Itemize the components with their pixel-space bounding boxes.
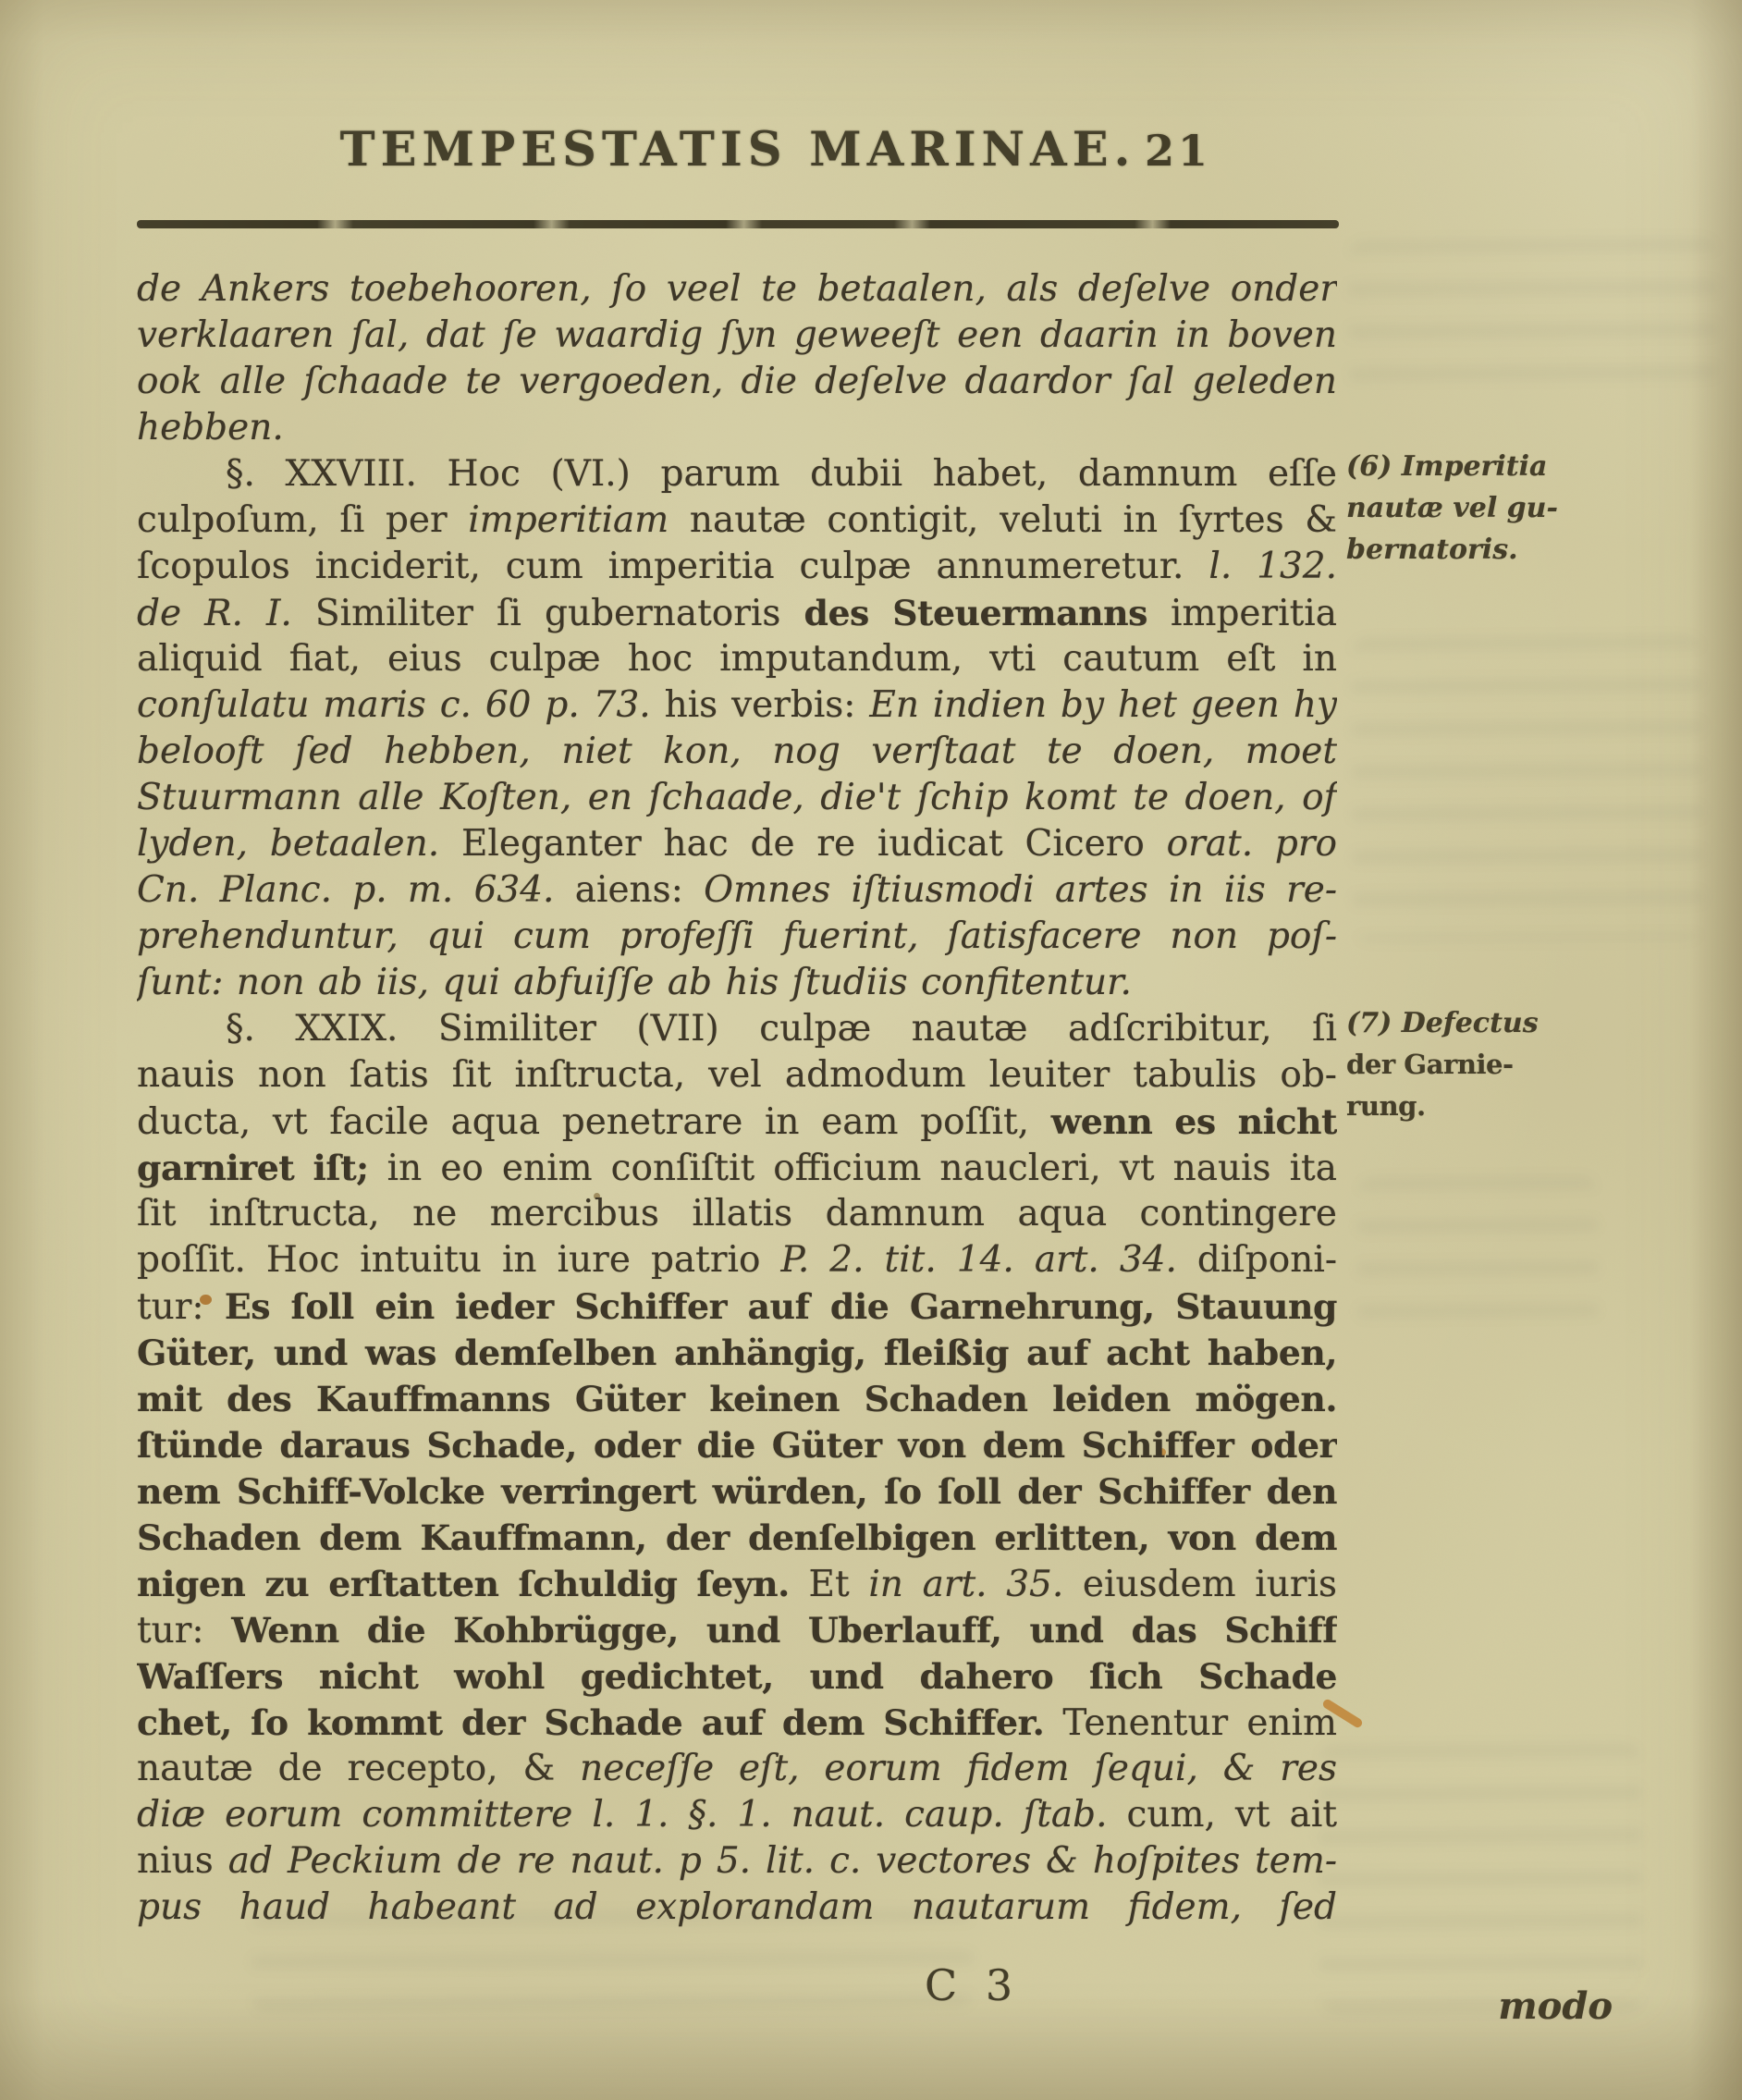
text-line: garniret iſt; in eo enim conſiſtit offic… xyxy=(137,1145,1337,1191)
header-rule xyxy=(137,220,1339,228)
text-line: Waſſers nicht wohl gedichtet, und dahero… xyxy=(137,1653,1337,1700)
text-segment: hebben. xyxy=(137,407,284,448)
text-line: nius ad Peckium de re naut. p 5. lit. c.… xyxy=(137,1838,1337,1885)
text-segment: nautæ vel gu- xyxy=(1346,492,1558,524)
text-segment: culpoſum, ſi per xyxy=(137,499,468,541)
text-segment: nautæ contigit, veluti in ſyrtes & xyxy=(669,499,1337,541)
margin-note-line: (6) Imperitia xyxy=(1346,446,1624,487)
text-segment: aliquid fiat, eius culpæ hoc imputandum,… xyxy=(137,638,1337,680)
text-segment: Schaden dem Kauffmann, der denſelbigen e… xyxy=(137,1517,1337,1561)
text-line: Schaden dem Kauffmann, der denſelbigen e… xyxy=(137,1515,1337,1561)
text-line: de Ankers toebehooren, ſo veel te betaal… xyxy=(137,266,1337,313)
margin-note-line: der Garnie- xyxy=(1346,1044,1624,1086)
text-segment: Es ſoll ein ieder Schiffer auf die Garne… xyxy=(137,1285,1337,1330)
text-segment: in eo enim conſiſtit officium naucleri, … xyxy=(369,1148,1337,1189)
margin-note-line: nautæ vel gu- xyxy=(1346,487,1624,529)
text-segment: de R. I. xyxy=(137,593,292,634)
text-line: poſſit. Hoc intuitu in iure patrio P. 2.… xyxy=(137,1237,1337,1283)
signature-mark: C 3 xyxy=(925,1960,1012,2010)
text-segment: §. XXIX. Similiter (VII) culpæ nautæ adſ… xyxy=(226,1008,1337,1050)
text-line: diæ eorum committere l. 1. §. 1. naut. c… xyxy=(137,1792,1337,1838)
text-segment: Et xyxy=(790,1564,868,1605)
text-line: tur: Es ſoll ein ieder Schiffer auf die … xyxy=(137,1283,1337,1330)
text-segment: diſponi- xyxy=(1177,1239,1337,1281)
text-line: §. XXIX. Similiter (VII) culpæ nautæ adſ… xyxy=(137,1006,1337,1052)
text-line: §. XXVIII. Hoc (VI.) parum dubii habet, … xyxy=(137,451,1337,497)
text-line: ook alle ſchaade te vergoeden, die deſel… xyxy=(137,359,1337,405)
text-segment: chet, ſo kommt der Schade auf dem Schiff… xyxy=(137,1701,1044,1743)
ink-bleedthrough-ghost xyxy=(1347,238,1718,388)
text-block: de Ankers toebehooren, ſo veel te betaal… xyxy=(137,266,1337,1931)
text-segment: pus haud habeant ad explorandam nautarum… xyxy=(137,1886,1337,1931)
text-segment: nautæ de recepto, & xyxy=(137,1748,580,1789)
text-segment: (7) Defectus xyxy=(1346,1007,1539,1039)
text-segment: nigen zu erſtatten ſchuldig ſeyn. xyxy=(137,1563,790,1604)
text-line: prehenduntur, qui cum profeſſi fuerint, … xyxy=(137,914,1337,960)
text-segment: tur: xyxy=(137,1610,231,1652)
text-segment: der Garnie- xyxy=(1346,1049,1514,1080)
text-segment: Waſſers nicht wohl gedichtet, und dahero… xyxy=(137,1655,1337,1700)
text-segment: En indien by het geen hy xyxy=(869,684,1337,726)
text-segment: ook alle ſchaade te vergoeden, die deſel… xyxy=(137,361,1337,402)
text-segment: Stuurmann alle Koſten, en ſchaade, die't… xyxy=(137,777,1337,821)
text-segment: aiens: xyxy=(554,869,704,911)
text-segment: diæ eorum committere l. 1. §. 1. naut. c… xyxy=(137,1794,1108,1836)
text-line: nigen zu erſtatten ſchuldig ſeyn. Et in … xyxy=(137,1561,1337,1607)
text-segment: P. 2. tit. 14. art. 34. xyxy=(780,1239,1176,1281)
text-line: aliquid fiat, eius culpæ hoc imputandum,… xyxy=(137,636,1337,682)
text-segment: des Steuermanns xyxy=(804,592,1147,633)
margin-note: (6) Imperitianautæ vel gu-bernatoris. xyxy=(1346,446,1624,571)
text-line: verklaaren ſal, dat ſe waardig ſyn gewee… xyxy=(137,313,1337,359)
text-segment: §. XXVIII. Hoc (VI.) parum dubii habet, … xyxy=(226,453,1337,495)
text-segment: Similiter ſi gubernatoris xyxy=(292,593,804,634)
text-segment: Güter, und was demſelben anhängig, fleiß… xyxy=(137,1332,1337,1376)
text-segment: tur: xyxy=(137,1286,225,1328)
text-segment: de Ankers toebehooren, ſo veel te betaal… xyxy=(137,268,1337,313)
text-line: culpoſum, ſi per imperitiam nautæ contig… xyxy=(137,497,1337,544)
text-segment: orat. pro xyxy=(1167,823,1337,865)
text-segment: imperitiam xyxy=(468,499,669,541)
text-segment: Omnes iſtiusmodi artes in iis re- xyxy=(704,869,1337,911)
text-segment: nauis non ſatis ſit inſtructa, vel admod… xyxy=(137,1054,1337,1096)
text-segment: verklaaren ſal, dat ſe waardig ſyn gewee… xyxy=(137,314,1337,356)
text-line: ſtünde daraus Schade, oder die Güter von… xyxy=(137,1422,1337,1468)
text-segment: Wenn die Kohbrügge, und Uberlauff, und d… xyxy=(137,1609,1337,1653)
text-segment: poſſit. Hoc intuitu in iure patrio xyxy=(137,1239,780,1281)
text-segment: garniret iſt; xyxy=(137,1147,369,1188)
text-segment: lyden, betaalen. xyxy=(137,823,439,865)
text-line: Cn. Planc. p. m. 634. aiens: Omnes iſtiu… xyxy=(137,867,1337,914)
text-line: mit des Kauffmanns Güter keinen Schaden … xyxy=(137,1376,1337,1422)
text-line: belooft ſed hebben, niet kon, nog verſta… xyxy=(137,729,1337,775)
text-line: lyden, betaalen. Eleganter hac de re iud… xyxy=(137,821,1337,867)
text-segment: ſtünde daraus Schade, oder die Güter von… xyxy=(137,1424,1337,1468)
text-segment: in art. 35. xyxy=(868,1564,1063,1605)
text-segment: Eleganter hac de re iudicat Cicero xyxy=(439,823,1167,865)
text-line: tur: Wenn die Kohbrügge, und Uberlauff, … xyxy=(137,1607,1337,1653)
text-line: chet, ſo kommt der Schade auf dem Schiff… xyxy=(137,1700,1337,1746)
text-segment: ſit inſtructa, ne mercibus illatis damnu… xyxy=(137,1193,1337,1234)
margin-note-line: rung. xyxy=(1346,1086,1624,1127)
text-segment: l. 132. xyxy=(1208,546,1337,587)
text-segment: bernatoris. xyxy=(1346,534,1518,566)
text-line: ſit inſtructa, ne mercibus illatis damnu… xyxy=(137,1191,1337,1237)
paragraph: de Ankers toebehooren, ſo veel te betaal… xyxy=(137,266,1337,451)
catchword: modo xyxy=(1498,1984,1613,2028)
margin-note-line: (7) Defectus xyxy=(1346,1002,1624,1044)
margin-notes: (6) Imperitianautæ vel gu-bernatoris.(7)… xyxy=(1346,0,1633,2100)
text-line: nem Schiff-Volcke verringert würden, ſo … xyxy=(137,1468,1337,1515)
text-segment: ad Peckium de re naut. p 5. lit. c. vect… xyxy=(228,1840,1337,1882)
text-line: ſunt: non ab iis, qui abfuiſſe ab his ſt… xyxy=(137,960,1337,1006)
text-segment: his verbis: xyxy=(651,684,870,726)
page-number: 21 xyxy=(1145,126,1211,176)
paragraph: §. XXIX. Similiter (VII) culpæ nautæ adſ… xyxy=(137,1006,1337,1931)
ink-bleedthrough-ghost xyxy=(1356,1175,1598,1334)
text-segment: imperitia xyxy=(1147,593,1337,634)
text-segment: mit des Kauffmanns Güter keinen Schaden … xyxy=(137,1378,1337,1422)
text-segment: ſcopulos inciderit, cum imperitia culpæ … xyxy=(137,546,1208,587)
text-segment: (6) Imperitia xyxy=(1346,450,1547,483)
book-page: TEMPESTATIS MARINAE. 21 de Ankers toebeh… xyxy=(0,0,1742,2100)
text-segment: ſunt: non ab iis, qui abfuiſſe ab his ſt… xyxy=(137,962,1132,1003)
text-segment: Tenentur enim xyxy=(1044,1702,1337,1744)
text-segment: belooft ſed hebben, niet kon, nog verſta… xyxy=(137,731,1337,775)
text-segment: nem Schiff-Volcke verringert würden, ſo … xyxy=(137,1470,1337,1512)
margin-note-line: bernatoris. xyxy=(1346,529,1624,571)
text-segment: prehenduntur, qui cum profeſſi fuerint, … xyxy=(137,915,1337,957)
text-line: Güter, und was demſelben anhängig, fleiß… xyxy=(137,1330,1337,1376)
text-segment: ducta, vt facile aqua penetrare in eam p… xyxy=(137,1101,1051,1143)
text-line: de R. I. Similiter ſi gubernatoris des S… xyxy=(137,590,1337,636)
text-line: pus haud habeant ad explorandam nautarum… xyxy=(137,1885,1337,1931)
ink-bleedthrough-ghost xyxy=(1318,1743,1643,2013)
text-segment: nius xyxy=(137,1840,228,1882)
text-line: nauis non ſatis ſit inſtructa, vel admod… xyxy=(137,1052,1337,1099)
text-segment: Cn. Planc. p. m. 634. xyxy=(137,869,554,911)
ink-bleedthrough-ghost xyxy=(1351,635,1704,943)
paragraph: §. XXVIII. Hoc (VI.) parum dubii habet, … xyxy=(137,451,1337,1006)
text-line: hebben. xyxy=(137,405,1337,451)
text-segment: rung. xyxy=(1346,1090,1426,1122)
margin-note: (7) Defectusder Garnie-rung. xyxy=(1346,1002,1624,1127)
text-line: ducta, vt facile aqua penetrare in eam p… xyxy=(137,1099,1337,1145)
text-line: ſcopulos inciderit, cum imperitia culpæ … xyxy=(137,544,1337,590)
text-line: nautæ de recepto, & neceſſe eſt, eorum f… xyxy=(137,1746,1337,1792)
text-line: Stuurmann alle Koſten, en ſchaade, die't… xyxy=(137,775,1337,821)
text-segment: conſulatu maris c. 60 p. 73. xyxy=(137,684,651,726)
text-line: conſulatu maris c. 60 p. 73. his verbis:… xyxy=(137,682,1337,729)
